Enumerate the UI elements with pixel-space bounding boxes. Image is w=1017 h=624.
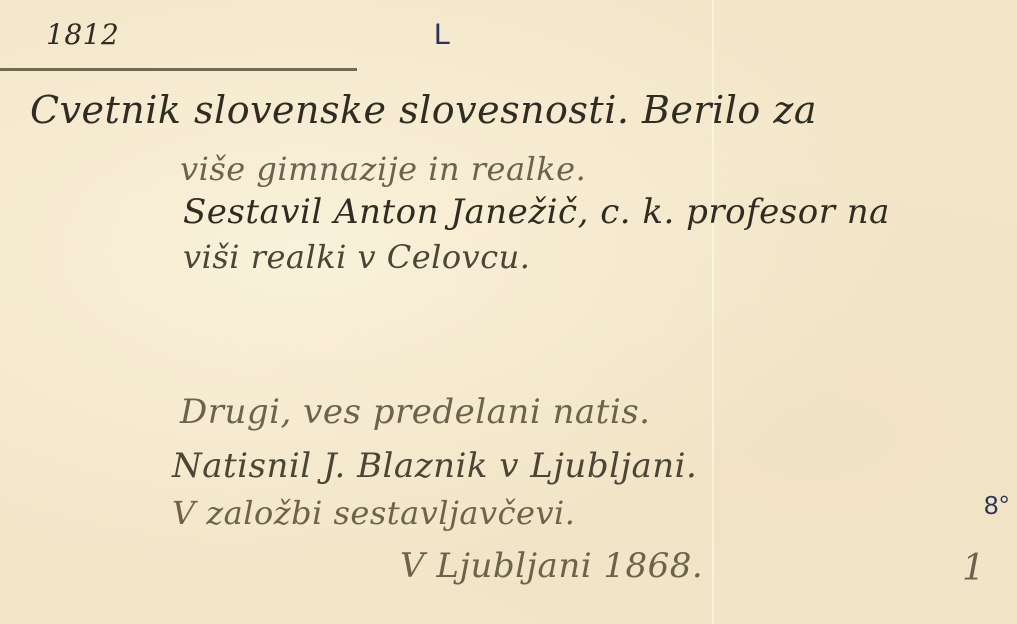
- author-line-1: Sestavil Anton Janežič, c. k. profesor n…: [183, 192, 890, 232]
- header-rule: [0, 68, 357, 71]
- format-mark: 8°: [984, 490, 1010, 521]
- volume-count: 1: [962, 548, 985, 589]
- printer-statement: Natisnil J. Blaznik v Ljubljani.: [172, 446, 697, 486]
- catalog-card: 1812 L Cvetnik slovenske slovesnosti. Be…: [0, 0, 1017, 624]
- edition-statement: Drugi, ves predelani natis.: [180, 392, 650, 432]
- author-line-2: viši realki v Celovcu.: [183, 238, 530, 276]
- publisher-statement: V založbi sestavljavčevi.: [172, 494, 575, 532]
- location-mark: L: [434, 18, 451, 52]
- place-and-year: V Ljubljani 1868.: [400, 546, 703, 586]
- title-line-1: Cvetnik slovenske slovesnosti. Berilo za: [30, 88, 817, 132]
- title-line-2: više gimnazije in realke.: [180, 150, 586, 188]
- call-number: 1812: [46, 18, 119, 51]
